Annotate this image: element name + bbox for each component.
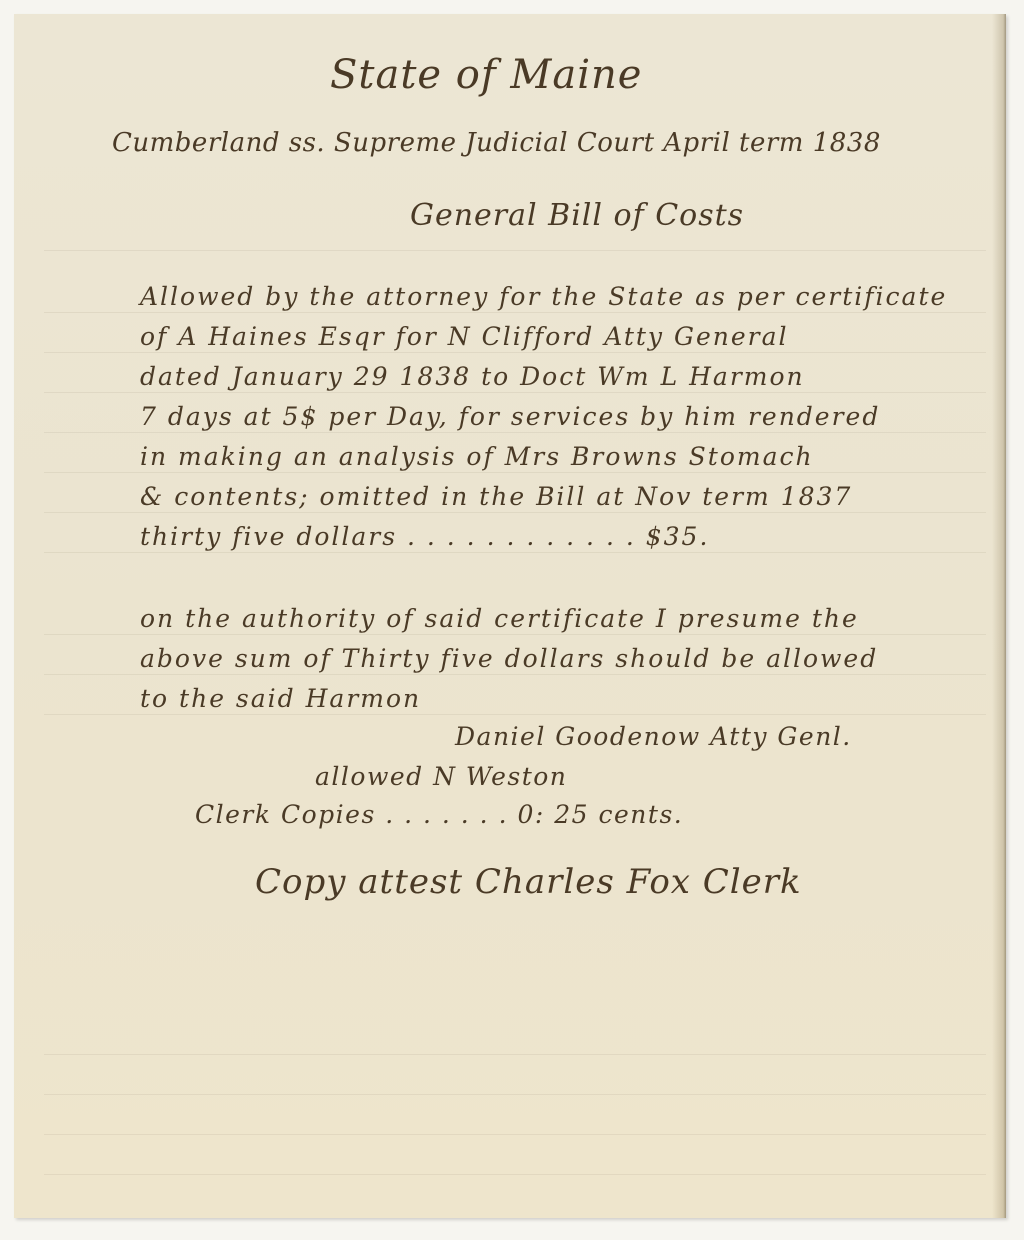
- allowed-line: allowed N Weston: [315, 762, 567, 791]
- clerk-copies-line: Clerk Copies . . . . . . . 0: 25 cents.: [195, 800, 683, 829]
- authority-line: to the said Harmon: [140, 684, 421, 713]
- body-line: in making an analysis of Mrs Browns Stom…: [140, 442, 814, 471]
- ruled-line: [44, 634, 986, 635]
- ruled-line: [44, 552, 986, 553]
- document-subtitle: General Bill of Costs: [410, 198, 744, 233]
- total-amount-line: thirty five dollars . . . . . . . . . . …: [140, 522, 709, 551]
- authority-line: on the authority of said certificate I p…: [140, 604, 859, 633]
- body-line: dated January 29 1838 to Doct Wm L Harmo…: [140, 362, 805, 391]
- ruled-line: [44, 1054, 986, 1055]
- attorney-signature: Daniel Goodenow Atty Genl.: [455, 722, 852, 751]
- body-line: 7 days at 5$ per Day, for services by hi…: [140, 402, 880, 431]
- court-line: Cumberland ss. Supreme Judicial Court Ap…: [112, 128, 881, 158]
- ruled-line: [44, 352, 986, 353]
- ruled-line: [44, 432, 986, 433]
- ruled-line: [44, 392, 986, 393]
- authority-line: above sum of Thirty five dollars should …: [140, 644, 878, 673]
- body-line: of A Haines Esqr for N Clifford Atty Gen…: [140, 322, 789, 351]
- ruled-line: [44, 674, 986, 675]
- document-heading: State of Maine: [330, 52, 642, 98]
- body-line: & contents; omitted in the Bill at Nov t…: [140, 482, 852, 511]
- ruled-line: [44, 1134, 986, 1135]
- attest-signature: Copy attest Charles Fox Clerk: [255, 862, 802, 902]
- ruled-line: [44, 1094, 986, 1095]
- ruled-line: [44, 1174, 986, 1175]
- ruled-line: [44, 512, 986, 513]
- ruled-line: [44, 714, 986, 715]
- ruled-line: [44, 250, 986, 251]
- ruled-line: [44, 312, 986, 313]
- ruled-line: [44, 472, 986, 473]
- body-line: Allowed by the attorney for the State as…: [140, 282, 947, 311]
